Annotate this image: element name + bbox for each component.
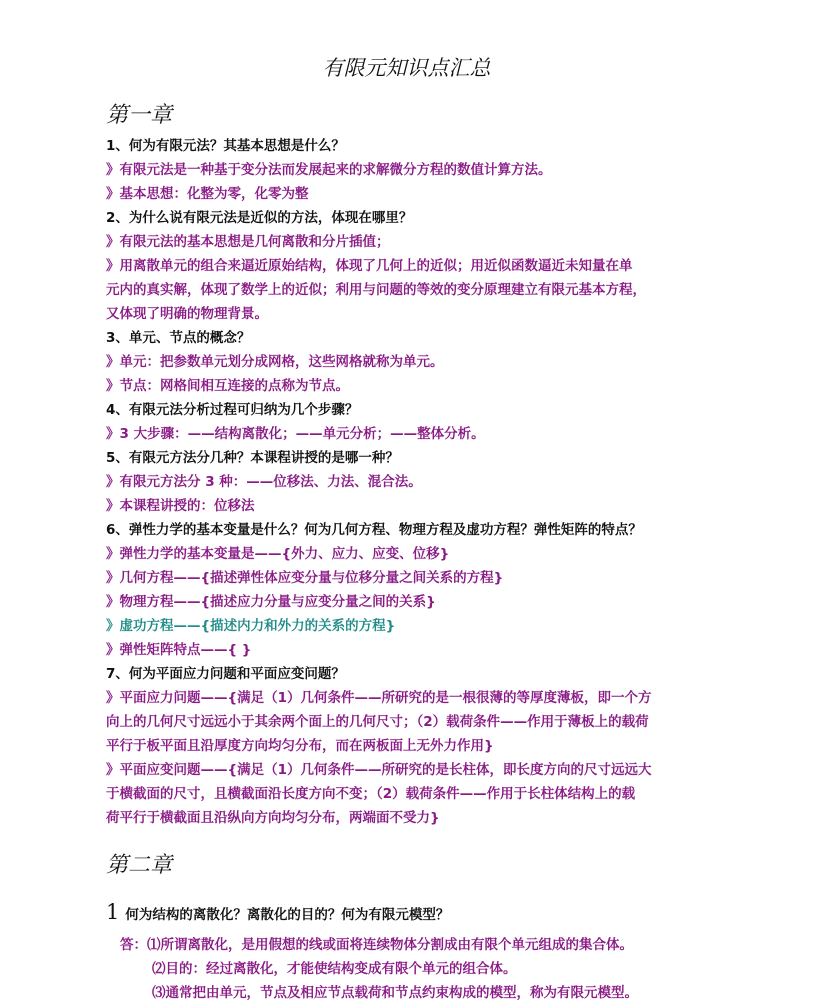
answer-line: 向上的几何尺寸远远小于其余两个面上的几何尺寸；（2）载荷条件——作用于薄板上的载…: [106, 713, 649, 731]
answer-line: 》基本思想：化整为零，化零为整: [106, 185, 309, 203]
answer-line: 平行于板平面且沿厚度方向均匀分布，而在两板面上无外力作用}: [106, 737, 494, 755]
question-number: 1: [106, 900, 119, 924]
answer-line: 》平面应力问题——{满足（1）几何条件——所研究的是一根很薄的等厚度薄板，即一个…: [106, 689, 652, 707]
answer-line: 》节点：网格间相互连接的点称为节点。: [106, 377, 349, 395]
answer-line: ⑶通常把由单元，节点及相应节点载荷和节点约束构成的模型，称为有限元模型。: [152, 984, 638, 1002]
answer-line: 》物理方程——{描述应力分量与应变分量之间的关系}: [106, 593, 436, 611]
question-3: 3、单元、节点的概念？: [106, 329, 250, 347]
answer-line: 》有限元法是一种基于变分法而发展起来的求解微分方程的数值计算方法。: [106, 161, 552, 179]
chapter-2-heading: 第二章: [106, 848, 172, 879]
answer-line: 》单元：把参数单元划分成网格，这些网格就称为单元。: [106, 353, 444, 371]
answer-line: 》弹性矩阵特点——{ }: [106, 641, 251, 659]
answer-line: 》弹性力学的基本变量是——{外力、应力、应变、位移}: [106, 545, 449, 563]
answer-line: 》3 大步骤：——结构离散化；——单元分析；——整体分析。: [106, 425, 485, 443]
question-2: 2、为什么说有限元法是近似的方法，体现在哪里？: [106, 209, 412, 227]
chapter-1-heading: 第一章: [106, 98, 172, 129]
answer-line: 》本课程讲授的：位移法: [106, 497, 255, 515]
answer-line: 》有限元方法分 3 种：——位移法、力法、混合法。: [106, 473, 422, 491]
answer-line: 于横截面的尺寸，且横截面沿长度方向不变；（2）载荷条件——作用于长柱体结构上的载: [106, 785, 635, 803]
answer-line: 》几何方程——{描述弹性体应变分量与位移分量之间关系的方程}: [106, 569, 503, 587]
question-4: 4、有限元法分析过程可归纳为几个步骤？: [106, 401, 358, 419]
answer-line: ⑵目的：经过离散化，才能使结构变成有限个单元的组合体。: [152, 960, 517, 978]
answer-line: 答：⑴所谓离散化，是用假想的线或面将连续物体分割成由有限个单元组成的集合体。: [120, 936, 633, 954]
question-6: 6、弹性力学的基本变量是什么？何为几何方程、物理方程及虚功方程？弹性矩阵的特点？: [106, 521, 642, 539]
document-page: 有限元知识点汇总 第一章 1、何为有限元法？其基本思想是什么？ 》有限元法是一种…: [0, 0, 813, 1005]
answer-line: 》平面应变问题——{满足（1）几何条件——所研究的是长柱体，即长度方向的尺寸远远…: [106, 761, 652, 779]
question-text: 何为结构的离散化？离散化的目的？何为有限元模型？: [125, 907, 449, 923]
answer-line-highlighted: 》虚功方程——{描述内力和外力的关系的方程}: [106, 617, 395, 635]
answer-line: 荷平行于横截面且沿纵向方向均匀分布，两端面不受力}: [106, 809, 440, 827]
answer-line: 》用离散单元的组合来逼近原始结构，体现了几何上的近似；用近似函数逼近未知量在单: [106, 257, 633, 275]
question-1: 1、何为有限元法？其基本思想是什么？: [106, 137, 345, 155]
question-7: 7、何为平面应力问题和平面应变问题？: [106, 665, 345, 683]
document-title: 有限元知识点汇总: [0, 52, 813, 82]
question-5: 5、有限元方法分几种？本课程讲授的是哪一种？: [106, 449, 399, 467]
answer-line: 元内的真实解，体现了数学上的近似；利用与问题的等效的变分原理建立有限元基本方程，: [106, 281, 646, 299]
answer-line: 又体现了明确的物理背景。: [106, 305, 268, 323]
answer-line: 》有限元法的基本思想是几何离散和分片插值；: [106, 233, 390, 251]
chapter-2-question-1: 1何为结构的离散化？离散化的目的？何为有限元模型？: [106, 900, 449, 927]
